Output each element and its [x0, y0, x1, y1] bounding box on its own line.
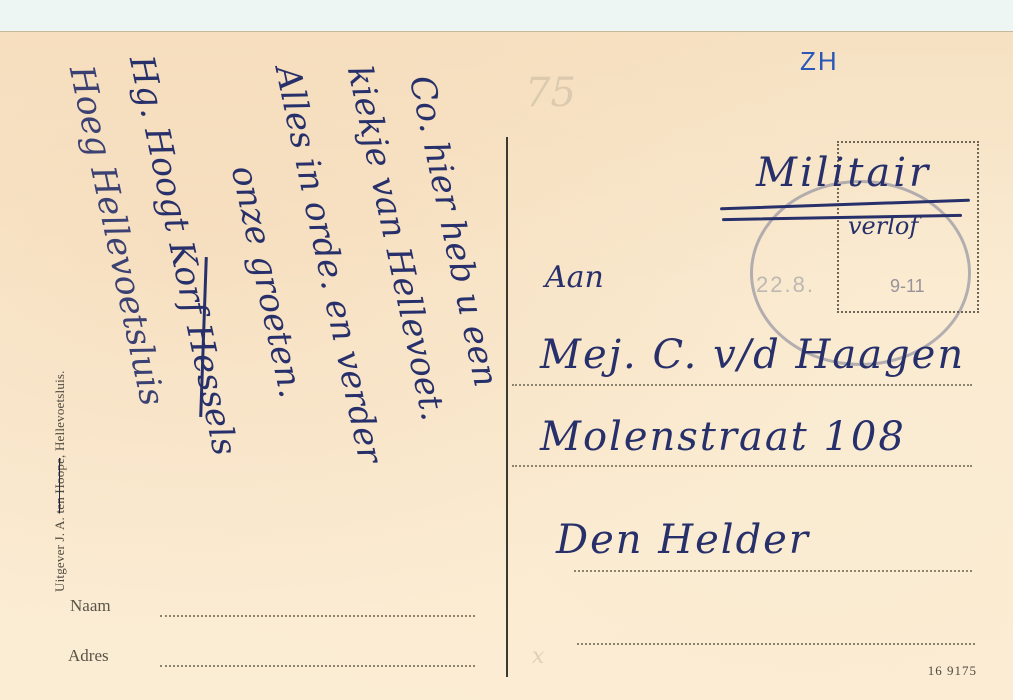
faint-corner-mark: x [532, 644, 544, 669]
publisher-struck-name: ten Hoope [52, 458, 67, 514]
postcard-back: 75 x ZH Uitgever J. A. ten Hoope, Hellev… [0, 31, 1013, 700]
address-greeting: Aan [545, 260, 604, 295]
naam-label: Naam [70, 596, 111, 616]
naam-dotted-line [160, 615, 475, 617]
pencil-note: ZH [800, 46, 839, 77]
address-city: Den Helder [556, 517, 810, 563]
adres-label: Adres [68, 646, 109, 666]
address-street: Molenstraat 108 [540, 414, 906, 460]
faint-pencil-mark: 75 [525, 70, 576, 116]
publisher-imprint: Uitgever J. A. ten Hoope, Hellevoetsluis… [52, 370, 68, 592]
militair-label: Militair [756, 150, 931, 196]
address-line-1 [512, 384, 972, 386]
address-line-3 [574, 570, 972, 572]
adres-dotted-line [160, 665, 475, 667]
address-line-2 [512, 465, 972, 467]
publisher-suffix: , Hellevoetsluis. [52, 370, 67, 458]
publisher-prefix: Uitgever J. A. [52, 514, 67, 592]
serial-number: 16 9175 [928, 663, 977, 679]
postmark-date: 22.8. [756, 272, 815, 298]
verlof-label: verlof [848, 212, 918, 240]
center-divider [506, 137, 508, 677]
address-line-4 [577, 643, 975, 645]
address-recipient: Mej. C. v/d Haagen [540, 332, 965, 378]
